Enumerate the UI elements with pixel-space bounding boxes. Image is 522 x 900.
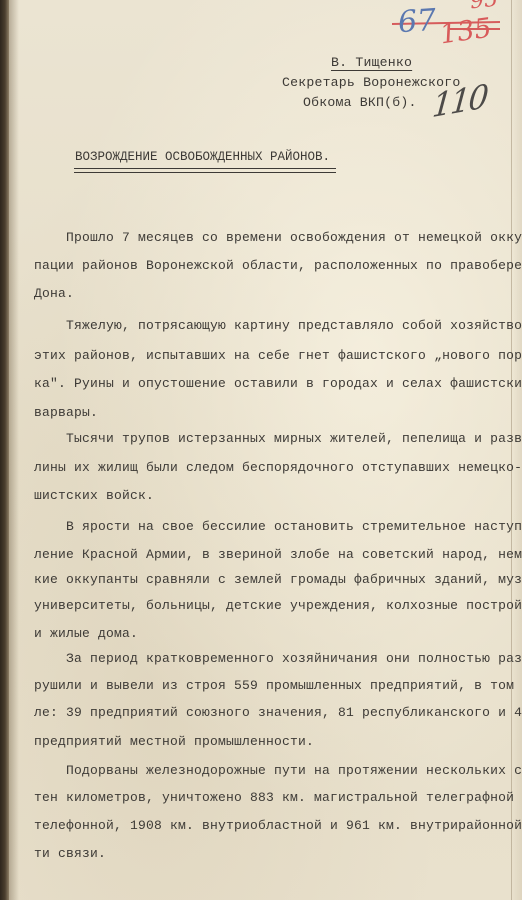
document-line: Дона. (34, 286, 74, 301)
author-title-line1: Секретарь Воронежского (282, 75, 461, 90)
document-line: ление Красной Армии, в звериной злобе на… (34, 547, 522, 562)
document-title: ВОЗРОЖДЕНИЕ ОСВОБОЖДЕННЫХ РАЙОНОВ. (75, 150, 330, 164)
document-line: предприятий местной промышленности. (34, 734, 314, 749)
archive-number-blue: 67 (397, 3, 438, 41)
document-line: лины их жилищ были следом беспорядочного… (34, 460, 522, 475)
author-name: В. Тищенко (331, 55, 412, 70)
document-line: ти связи. (34, 846, 106, 861)
document-line: кие оккупанты сравняли с землей громады … (34, 572, 522, 587)
document-line: В ярости на свое бессилие остановить стр… (34, 519, 522, 534)
author-title-line2: Обкома ВКП(б). (303, 95, 417, 110)
document-line: Подорваны железнодорожные пути на протяж… (34, 763, 522, 778)
document-line: варвары. (34, 405, 98, 420)
document-line: телефонной, 1908 км. внутриобластной и 9… (34, 818, 522, 833)
document-line: ка". Руины и опустошение оставили в горо… (34, 376, 522, 391)
document-line: пации районов Воронежской области, распо… (34, 258, 522, 273)
page-binding-edge (0, 0, 9, 900)
document-line: университеты, больницы, детские учрежден… (34, 598, 522, 613)
document-line: Тысячи трупов истерзанных мирных жителей… (34, 431, 522, 446)
document-line: шистских войск. (34, 488, 154, 503)
archive-number-red: 135 (438, 13, 493, 51)
document-line: ле: 39 предприятий союзного значения, 81… (34, 705, 522, 720)
document-line: этих районов, испытавших на себе гнет фа… (34, 348, 522, 363)
title-double-underline (74, 168, 336, 173)
document-line: Прошло 7 месяцев со времени освобождения… (34, 230, 522, 245)
document-line: и жилые дома. (34, 626, 138, 641)
binding-shadow (9, 0, 19, 900)
document-line: За период кратковременного хозяйничания … (34, 651, 522, 666)
document-page: 67 95 135 110 В. Тищенко Секретарь Ворон… (0, 0, 522, 900)
document-line: рушили и вывели из строя 559 промышленны… (34, 678, 522, 693)
document-line: тен километров, уничтожено 883 км. магис… (34, 790, 522, 805)
document-line: Тяжелую, потрясающую картину представлял… (34, 318, 522, 333)
